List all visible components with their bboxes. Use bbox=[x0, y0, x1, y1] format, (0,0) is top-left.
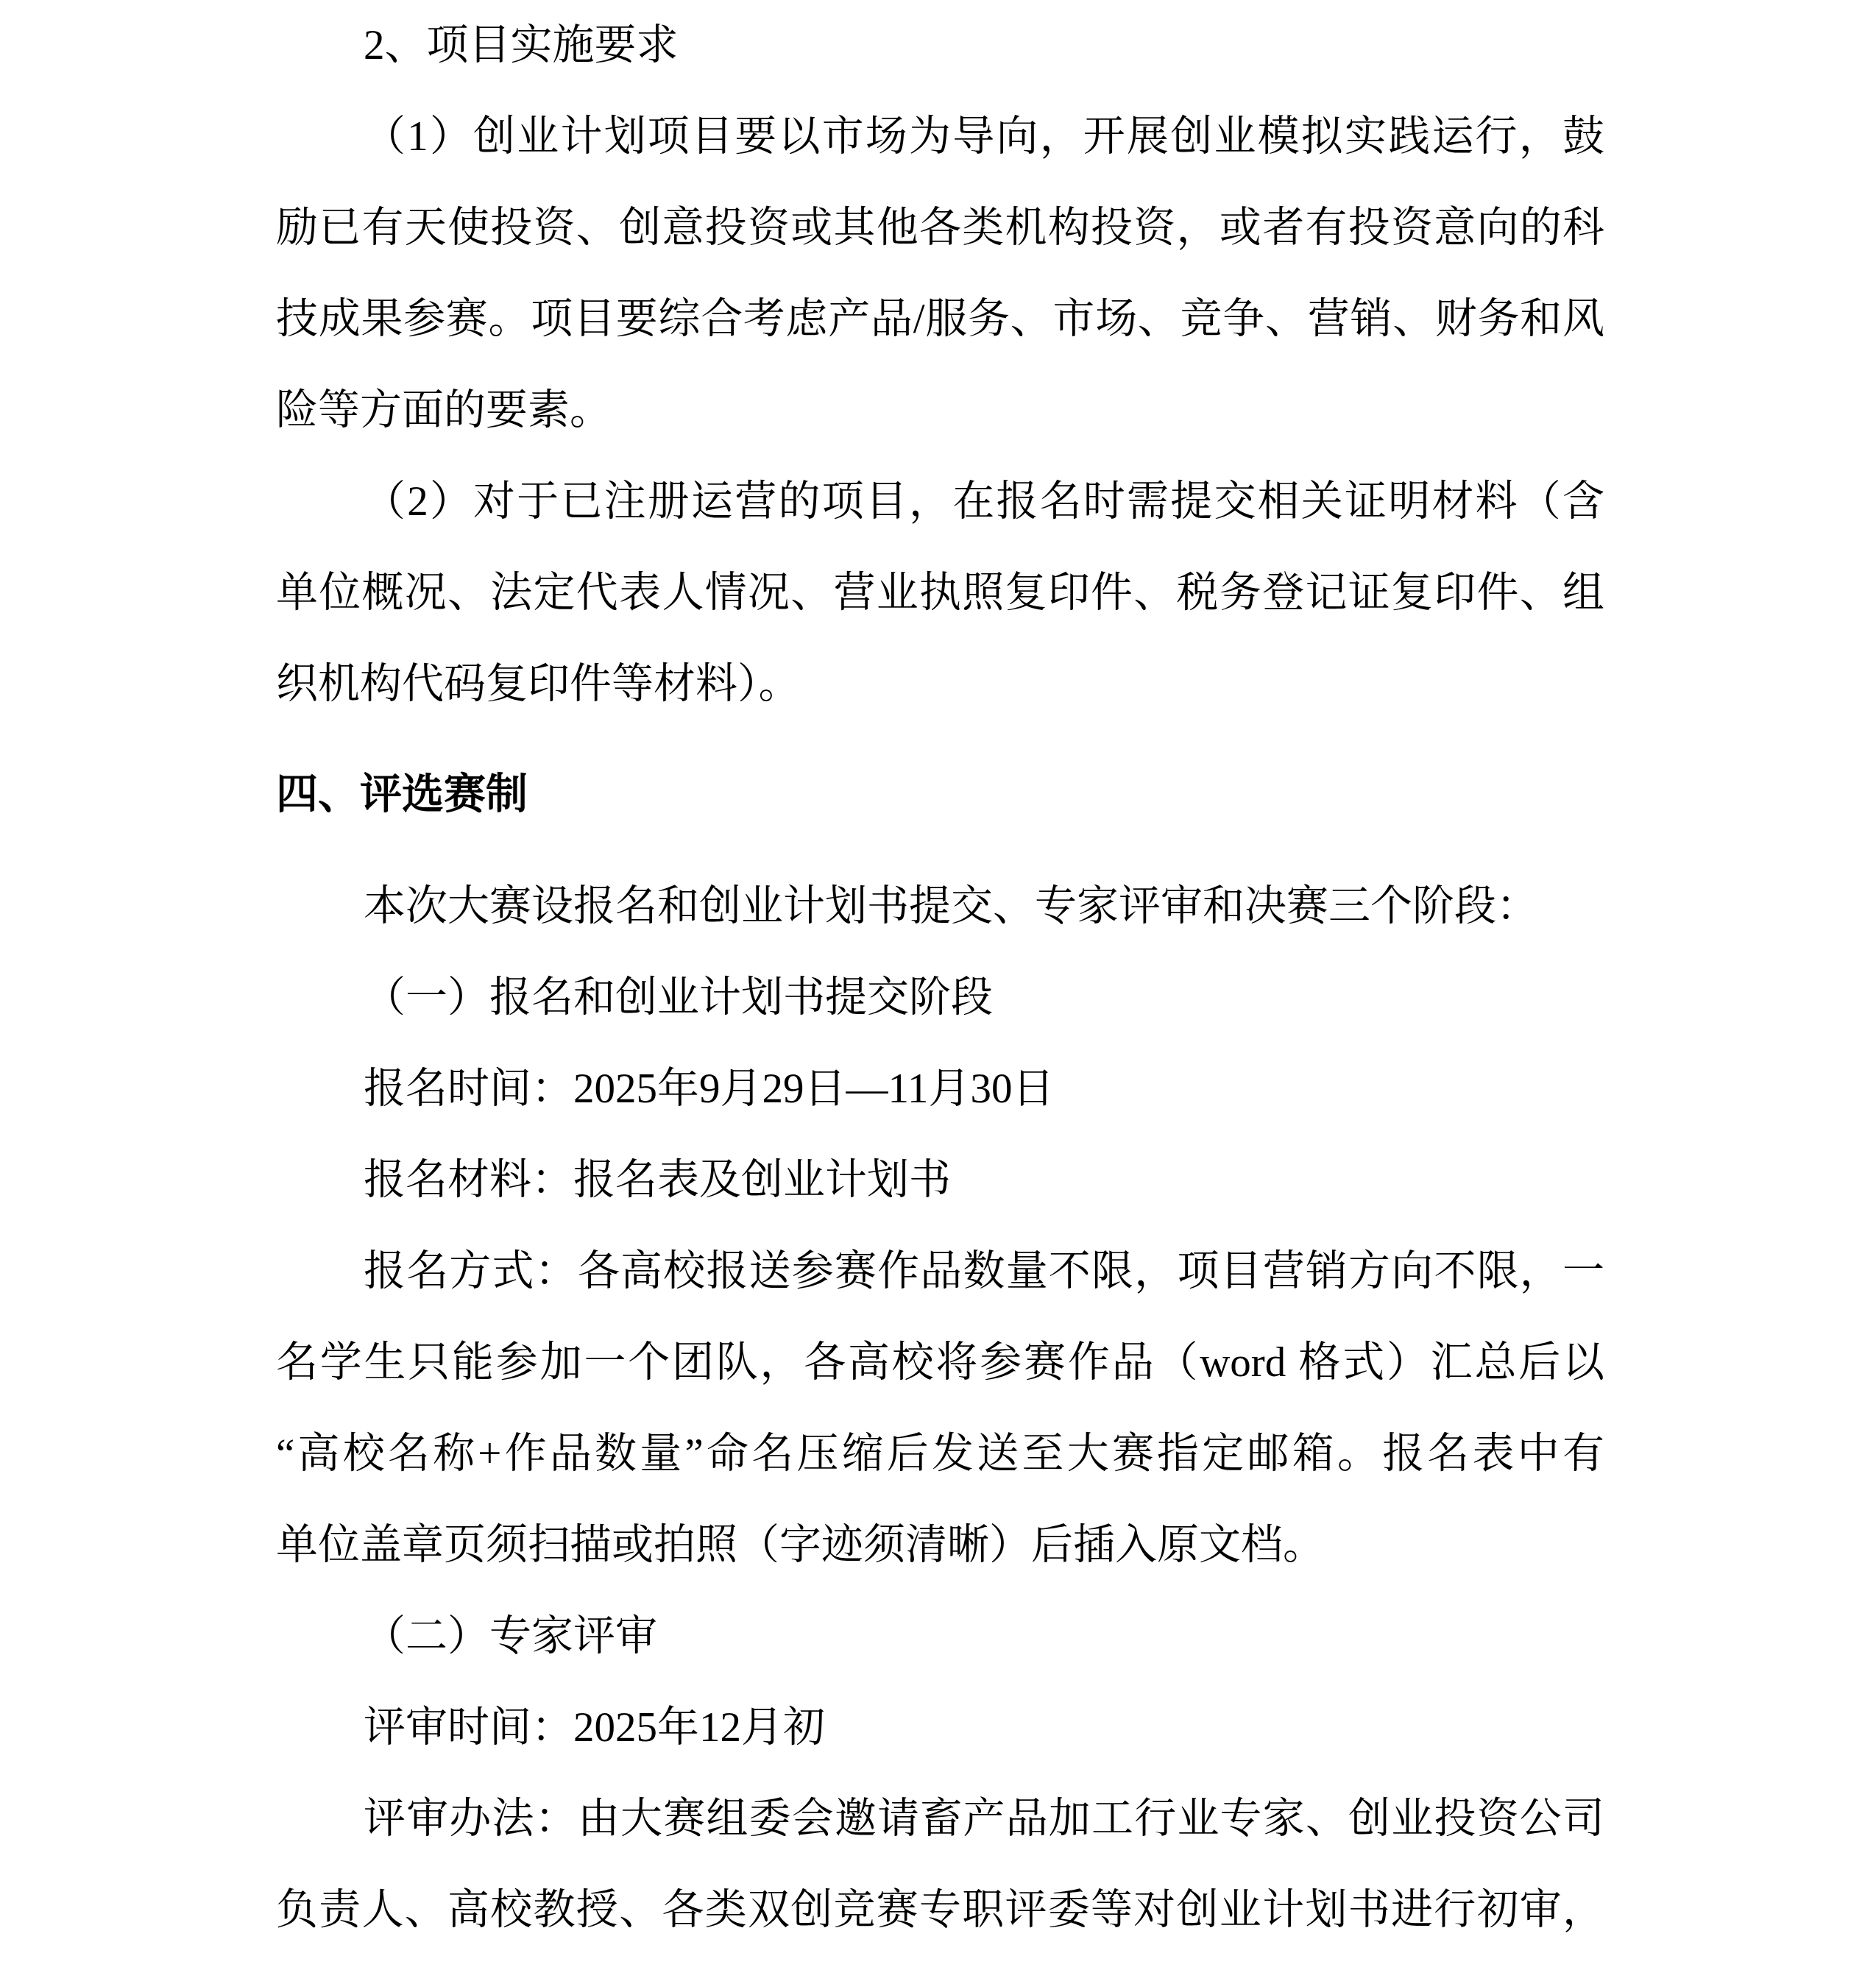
paragraph: 评审时间：2025年12月初 bbox=[276, 1682, 1604, 1773]
text-line: 报名时间：2025年9月29日—11月30日 bbox=[276, 1043, 1604, 1135]
paragraph: 2、项目实施要求 bbox=[276, 0, 1604, 91]
text-line: （二）专家评审 bbox=[276, 1591, 1604, 1682]
paragraph: （二）专家评审 bbox=[276, 1591, 1604, 1682]
text-line: 名学生只能参加一个团队，各高校将参赛作品（word 格式）汇总后以 bbox=[276, 1317, 1604, 1408]
text-line: 报名材料：报名表及创业计划书 bbox=[276, 1135, 1604, 1226]
paragraph: （一）报名和创业计划书提交阶段 bbox=[276, 952, 1604, 1043]
document-page: 2、项目实施要求（1）创业计划项目要以市场为导向，开展创业模拟实践运行，鼓励已有… bbox=[0, 0, 1876, 1967]
text-line: “高校名称+作品数量”命名压缩后发送至大赛指定邮箱。报名表中有 bbox=[276, 1408, 1604, 1500]
paragraph: 本次大赛设报名和创业计划书提交、专家评审和决赛三个阶段： bbox=[276, 861, 1604, 952]
text-line: 技成果参赛。项目要综合考虑产品/服务、市场、竞争、营销、财务和风 bbox=[276, 274, 1604, 365]
text-line: 本次大赛设报名和创业计划书提交、专家评审和决赛三个阶段： bbox=[276, 861, 1604, 952]
paragraph: 报名时间：2025年9月29日—11月30日 bbox=[276, 1043, 1604, 1135]
paragraph: 评审办法：由大赛组委会邀请畜产品加工行业专家、创业投资公司负责人、高校教授、各类… bbox=[276, 1773, 1604, 1956]
paragraph: 报名材料：报名表及创业计划书 bbox=[276, 1135, 1604, 1226]
text-line: （1）创业计划项目要以市场为导向，开展创业模拟实践运行，鼓 bbox=[276, 91, 1604, 182]
text-line: （2）对于已注册运营的项目，在报名时需提交相关证明材料（含 bbox=[276, 456, 1604, 547]
paragraph: （1）创业计划项目要以市场为导向，开展创业模拟实践运行，鼓励已有天使投资、创意投… bbox=[276, 91, 1604, 456]
section-heading: 四、评选赛制 bbox=[276, 749, 1604, 840]
text-line: 评审时间：2025年12月初 bbox=[276, 1682, 1604, 1773]
text-line: 报名方式：各高校报送参赛作品数量不限，项目营销方向不限，一 bbox=[276, 1226, 1604, 1317]
heading-text-line: 四、评选赛制 bbox=[276, 749, 1604, 840]
text-line: 评审办法：由大赛组委会邀请畜产品加工行业专家、创业投资公司 bbox=[276, 1773, 1604, 1865]
text-line: 负责人、高校教授、各类双创竞赛专职评委等对创业计划书进行初审， bbox=[276, 1865, 1604, 1956]
text-line: 单位盖章页须扫描或拍照（字迹须清晰）后插入原文档。 bbox=[276, 1500, 1604, 1591]
text-line: 织机构代码复印件等材料）。 bbox=[276, 639, 1604, 730]
text-line: （一）报名和创业计划书提交阶段 bbox=[276, 952, 1604, 1043]
text-line: 险等方面的要素。 bbox=[276, 365, 1604, 456]
text-line: 励已有天使投资、创意投资或其他各类机构投资，或者有投资意向的科 bbox=[276, 182, 1604, 274]
paragraph: （2）对于已注册运营的项目，在报名时需提交相关证明材料（含单位概况、法定代表人情… bbox=[276, 456, 1604, 730]
text-line: 2、项目实施要求 bbox=[276, 0, 1604, 91]
text-line: 单位概况、法定代表人情况、营业执照复印件、税务登记证复印件、组 bbox=[276, 547, 1604, 639]
paragraph: 报名方式：各高校报送参赛作品数量不限，项目营销方向不限，一名学生只能参加一个团队… bbox=[276, 1226, 1604, 1591]
